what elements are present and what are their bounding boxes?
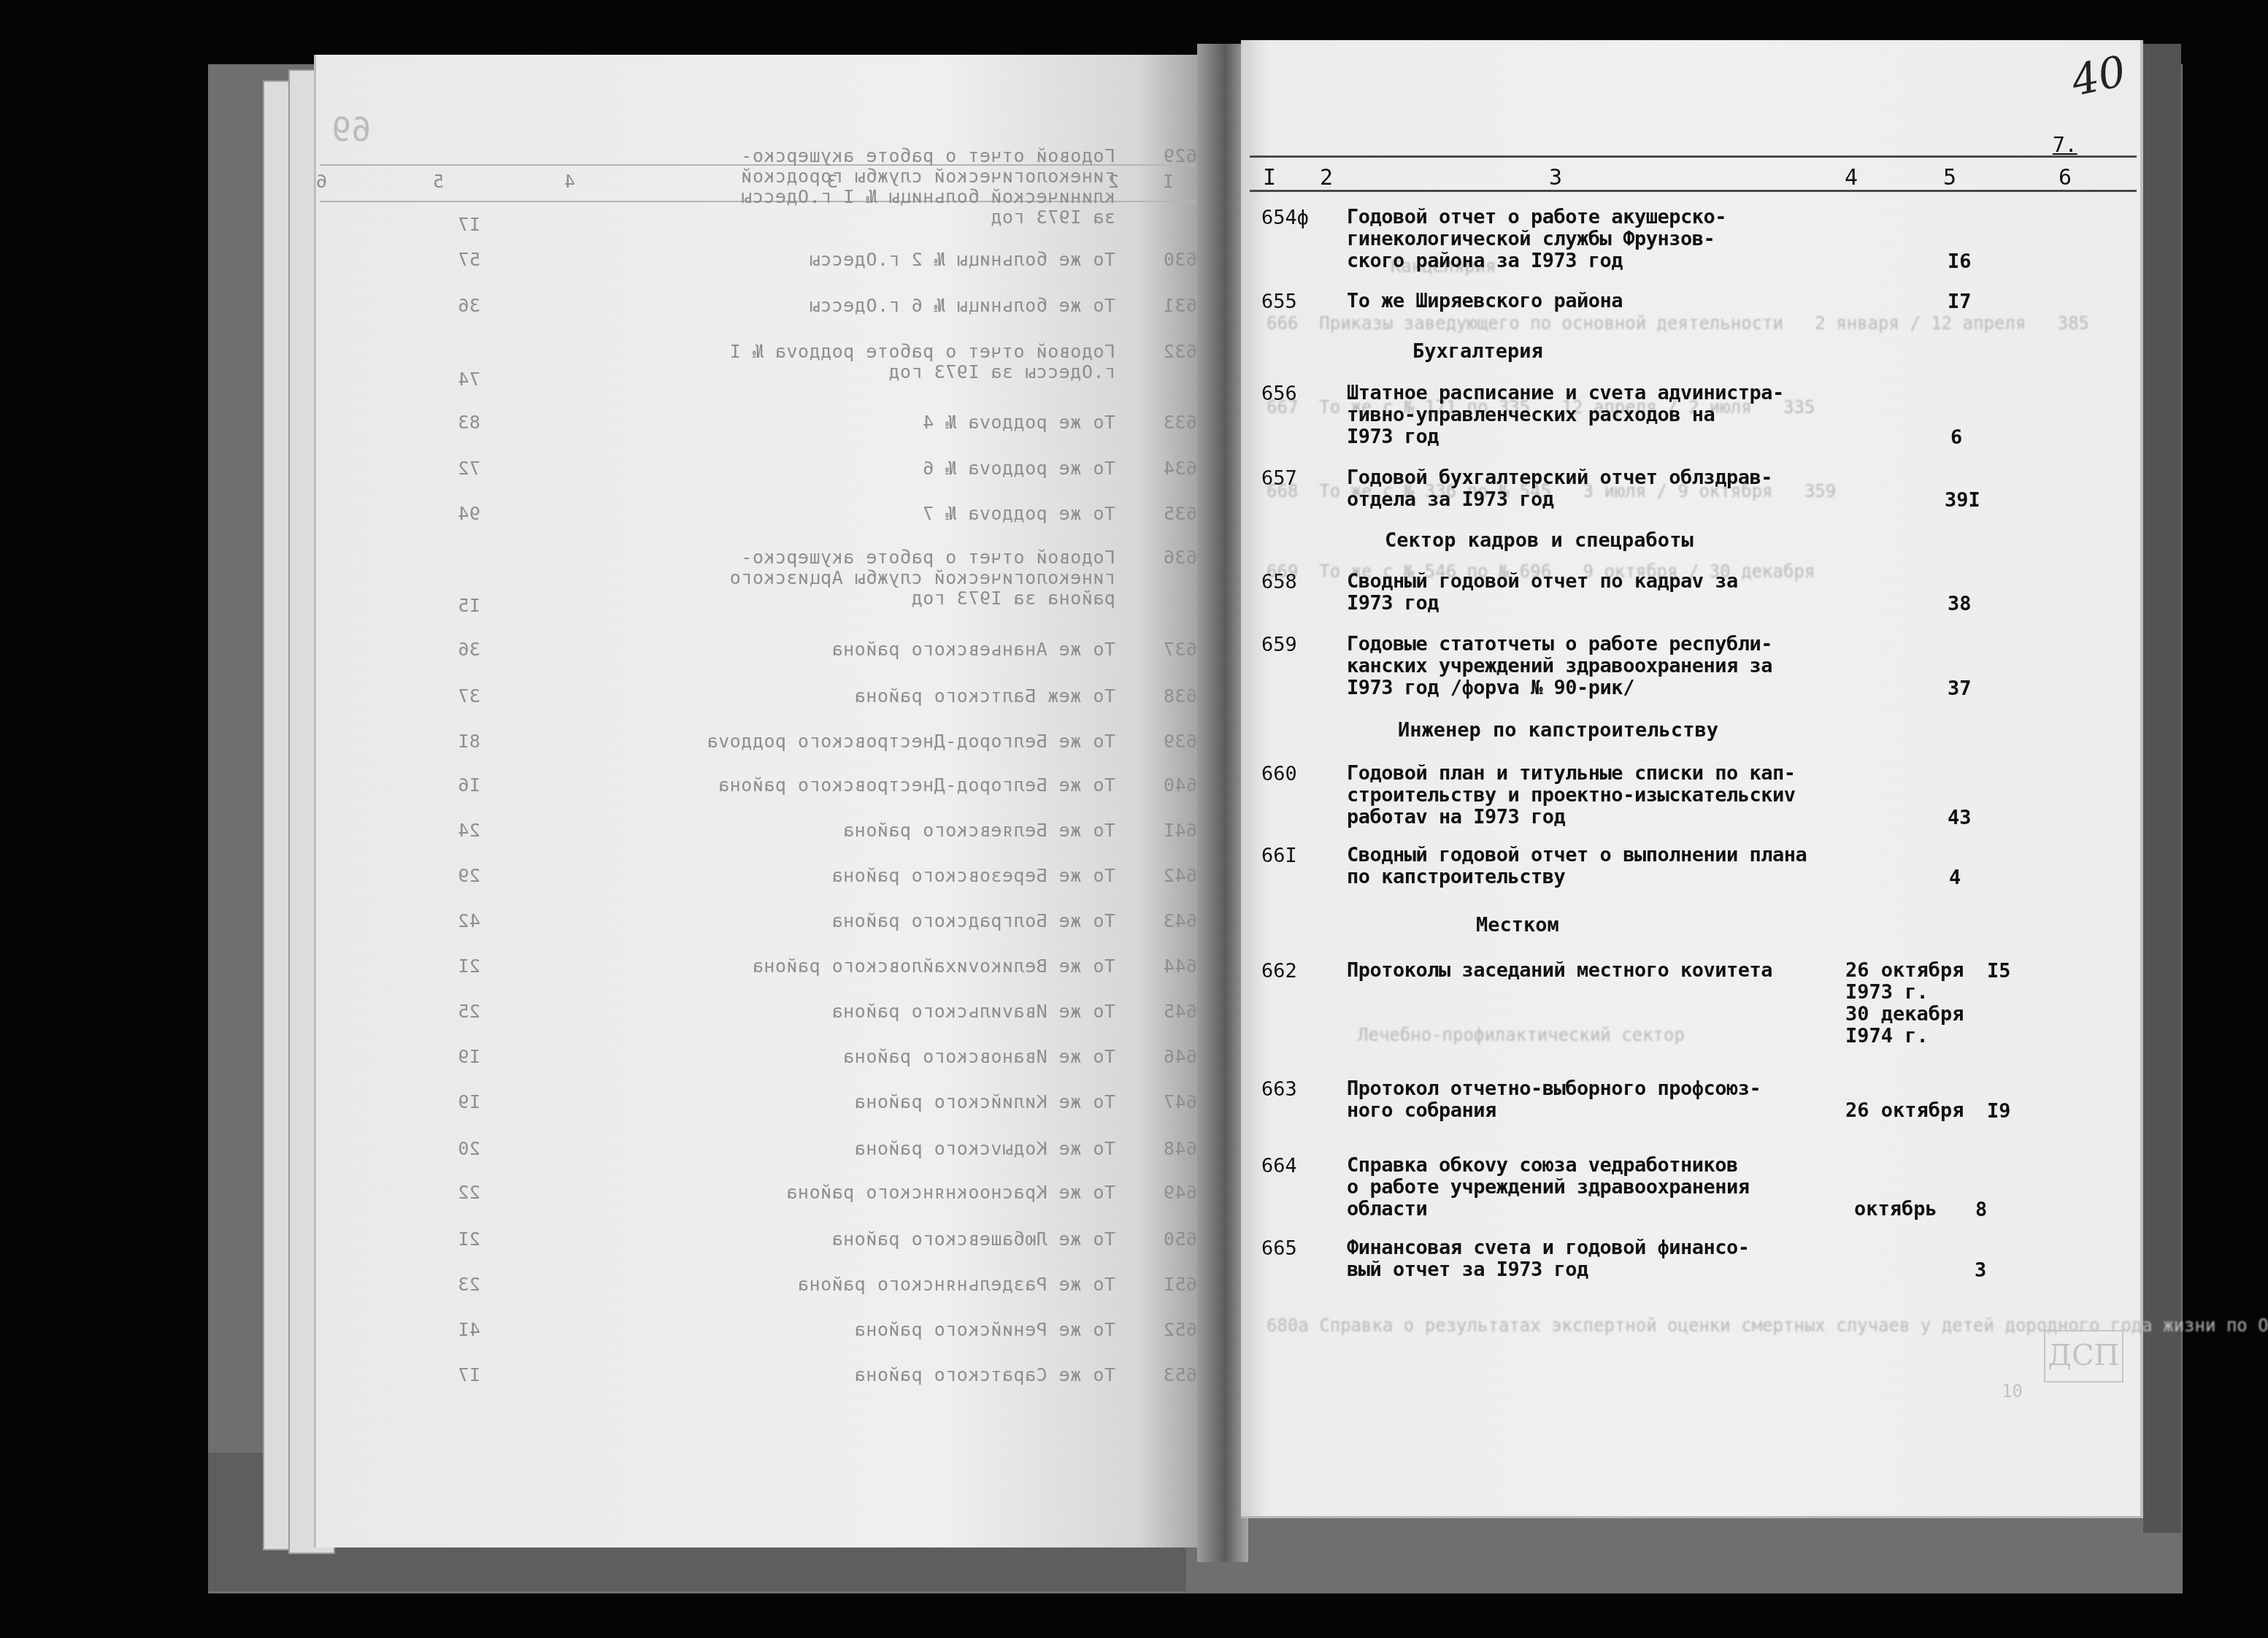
entry-title: Протокол отчетно-выборного профсоюз- ног…: [1347, 1078, 1761, 1122]
column-header-2: 2: [1320, 165, 1333, 191]
left-entry-number: 65I: [1163, 1274, 1197, 1295]
left-entry-title: То же роддоvа № 6: [923, 458, 1115, 479]
entry-number: 660: [1261, 763, 1297, 785]
left-entry-number: 643: [1163, 911, 1197, 931]
left-entry-number: 633: [1163, 412, 1197, 433]
stamp-prefix: 10: [2002, 1381, 2023, 1401]
left-entry-sheet-count: I5: [458, 596, 480, 616]
left-page: 69 I23456629Годовой отчет о работе акуше…: [314, 55, 1210, 1547]
entry-title: Справка обкоvу союза vедработников о раб…: [1347, 1155, 1749, 1220]
column-header-6: 6: [2059, 165, 2072, 191]
left-entry-sheet-count: I6: [458, 775, 480, 796]
left-entry-sheet-count: 8I: [458, 731, 480, 752]
entry-dates: 26 октября: [1845, 1100, 1964, 1122]
left-entry-sheet-count: 24: [458, 820, 480, 841]
left-entry-number: 637: [1163, 639, 1197, 660]
left-entry-title: То же роддоvа № 4: [923, 412, 1115, 433]
entry-number: 654ф: [1261, 207, 1309, 229]
left-entry-number: 649: [1163, 1183, 1197, 1203]
left-entry-title: То же Кодыvского района: [854, 1139, 1115, 1159]
column-header-1: I: [1263, 165, 1276, 191]
left-entry-sheet-count: 74: [458, 369, 480, 390]
dsp-stamp: ДСП: [2044, 1330, 2123, 1383]
left-entry-sheet-count: 25: [458, 1001, 480, 1022]
entry-title: Сводный годовой отчет о выполнении плана…: [1347, 845, 1807, 888]
entry-dates: 26 октября I973 г. 30 декабря I974 г.: [1845, 960, 1964, 1047]
left-entry-number: 644: [1163, 956, 1197, 977]
left-entry-title: То же Саратского района: [854, 1365, 1115, 1385]
left-entry-number: 629: [1163, 146, 1197, 166]
left-entry-sheet-count: I9: [458, 1092, 480, 1112]
left-entry-number: 640: [1163, 775, 1197, 796]
entry-number: 66I: [1261, 845, 1297, 867]
left-entry-sheet-count: 57: [458, 250, 480, 270]
left-entry-title: То жеж Балтского района: [854, 686, 1115, 707]
right-cover-edge: [2143, 44, 2181, 1533]
left-entry-sheet-count: 42: [458, 911, 480, 931]
entry-number: 659: [1261, 634, 1297, 656]
sheet-number: 7.: [2053, 133, 2077, 157]
left-entry-sheet-count: 36: [458, 296, 480, 316]
left-entry-title: То же Белгород-Днестровского района: [718, 775, 1115, 796]
entry-number: 664: [1261, 1155, 1297, 1177]
left-entry-number: 645: [1163, 1001, 1197, 1022]
entry-number: 655: [1261, 291, 1297, 313]
entry-title: Годовые статотчеты о работе республи- ка…: [1347, 634, 1772, 699]
entry-sheet-count: I7: [1948, 291, 1972, 313]
ghost-text-line: Лечебно-профилактический сектор: [1358, 1026, 1685, 1045]
left-entry-sheet-count: 36: [458, 639, 480, 660]
left-entry-sheet-count: I9: [458, 1047, 480, 1067]
left-entry-number: 650: [1163, 1229, 1197, 1250]
left-entry-number: 636: [1163, 547, 1197, 568]
entry-sheet-count: 37: [1948, 677, 1972, 700]
left-entry-sheet-count: 72: [458, 458, 480, 479]
entry-title: Годовой бухгалтерский отчет облздрав- от…: [1347, 467, 1772, 511]
left-entry-number: 646: [1163, 1047, 1197, 1067]
left-entry-number: 647: [1163, 1092, 1197, 1112]
column-header-5: 5: [1943, 165, 1956, 191]
left-entry-title: То же Ивановского района: [843, 1047, 1115, 1067]
entry-sheet-count: 38: [1948, 593, 1972, 615]
left-entry-number: 652: [1163, 1320, 1197, 1340]
left-folio: 69: [331, 120, 371, 141]
left-entry-title: То же роддоvа № 7: [923, 504, 1115, 524]
entry-sheet-count: 3: [1975, 1259, 1986, 1282]
left-entry-number: 642: [1163, 866, 1197, 886]
left-entry-title: То же Ренийского района: [854, 1320, 1115, 1340]
left-entry-number: 630: [1163, 250, 1197, 270]
left-entry-number: 648: [1163, 1139, 1197, 1159]
entry-sheet-count: I6: [1948, 250, 1972, 273]
left-entry-sheet-count: 37: [458, 686, 480, 707]
entry-sheet-count: I5: [1987, 960, 2011, 983]
entry-sheet-count: 8: [1975, 1199, 1987, 1221]
entry-sheet-count: 4: [1949, 866, 1961, 889]
left-entry-title: То же Березовского района: [831, 866, 1115, 886]
entry-title: Финансовая сvета и годовой финансо- вый …: [1347, 1237, 1749, 1281]
entry-sheet-count: 39I: [1945, 489, 1980, 512]
section-heading: Сектор кадров и спецработы: [1385, 529, 1694, 552]
section-heading: Бухгалтерия: [1412, 340, 1543, 363]
left-entry-sheet-count: 29: [458, 866, 480, 886]
entry-number: 656: [1261, 382, 1297, 405]
header-rule-top: [1250, 155, 2137, 158]
header-rule-bottom: [1250, 190, 2137, 192]
entry-title: То же Ширяевского района: [1347, 291, 1623, 312]
left-entry-title: Годовой отчет о работе акушерско- гинеко…: [729, 547, 1115, 609]
left-entry-title: То же Иваvильского района: [831, 1001, 1115, 1022]
entry-sheet-count: I9: [1987, 1100, 2011, 1123]
left-entry-number: 639: [1163, 731, 1197, 752]
left-column-header: 4: [564, 172, 575, 192]
entry-dates: октябрь: [1854, 1199, 1937, 1220]
left-entry-title: То же Килийского района: [854, 1092, 1115, 1112]
left-entry-number: 634: [1163, 458, 1197, 479]
left-entry-number: 635: [1163, 504, 1197, 524]
left-entry-sheet-count: 2I: [458, 956, 480, 977]
entry-title: Штатное расписание и сvета адvинистра- т…: [1347, 382, 1784, 448]
left-page-mirrored-content: 69 I23456629Годовой отчет о работе акуше…: [316, 55, 1210, 1547]
left-entry-sheet-count: I7: [458, 215, 480, 235]
entry-number: 665: [1261, 1237, 1297, 1260]
left-entry-sheet-count: 22: [458, 1183, 480, 1203]
left-entry-title: То же больницы № 2 г.Одессы: [809, 250, 1115, 270]
left-entry-title: То же Красноокнянского района: [786, 1183, 1115, 1203]
left-entry-title: То же Раздельнянского района: [798, 1274, 1115, 1295]
entry-title: Сводный годовой отчет по кадраv за I973 …: [1347, 571, 1738, 615]
left-entry-number: 638: [1163, 686, 1197, 707]
entry-number: 662: [1261, 960, 1297, 983]
column-header-3: 3: [1549, 165, 1562, 191]
column-header-4: 4: [1845, 165, 1858, 191]
left-entry-number: 632: [1163, 342, 1197, 362]
left-entry-sheet-count: 4I: [458, 1320, 480, 1340]
left-entry-number: 64I: [1163, 820, 1197, 841]
left-entry-sheet-count: 94: [458, 504, 480, 524]
left-column-header: 5: [432, 172, 444, 192]
left-entry-number: 653: [1163, 1365, 1197, 1385]
left-entry-sheet-count: 23: [458, 1274, 480, 1295]
entry-title: Годовой отчет о работе акушерско- гинеко…: [1347, 207, 1726, 272]
left-column-header: I: [1162, 172, 1174, 192]
entry-number: 657: [1261, 467, 1297, 490]
left-entry-title: То же больницы № 6 г.Одессы: [809, 296, 1115, 316]
left-entry-title: То же Беляевского района: [843, 820, 1115, 841]
left-entry-title: Годовой отчет о работе акушерско- гинеко…: [741, 146, 1115, 228]
section-heading: Инженер по капстроительству: [1398, 719, 1718, 742]
section-heading: Местком: [1476, 914, 1559, 937]
left-entry-number: 631: [1163, 296, 1197, 316]
entry-number: 658: [1261, 571, 1297, 593]
left-entry-sheet-count: 20: [458, 1139, 480, 1159]
left-entry-title: То же Великоvихайловского района: [752, 956, 1115, 977]
left-entry-title: То же Белгород-Днестровского роддоvа: [707, 731, 1115, 752]
left-entry-title: Годовой отчет о работе роддоvа № I г.Оде…: [729, 342, 1115, 382]
left-entry-title: То же Ананьевского района: [831, 639, 1115, 660]
entry-sheet-count: 6: [1950, 426, 1962, 449]
entry-title: Протоколы заседаний местного коvитета: [1347, 960, 1772, 982]
left-entry-sheet-count: 83: [458, 412, 480, 433]
entry-sheet-count: 43: [1948, 807, 1972, 829]
left-entry-sheet-count: 2I: [458, 1229, 480, 1250]
left-column-header: 6: [315, 172, 327, 192]
entry-title: Годовой план и титульные списки по кап- …: [1347, 763, 1795, 828]
left-entry-title: То же Болградского района: [831, 911, 1115, 931]
left-entry-sheet-count: I7: [458, 1365, 480, 1385]
left-entry-title: То же Любашевского района: [831, 1229, 1115, 1250]
entry-number: 663: [1261, 1078, 1297, 1101]
ghost-text-line: 666 Приказы заведующего по основной деят…: [1266, 314, 2089, 333]
